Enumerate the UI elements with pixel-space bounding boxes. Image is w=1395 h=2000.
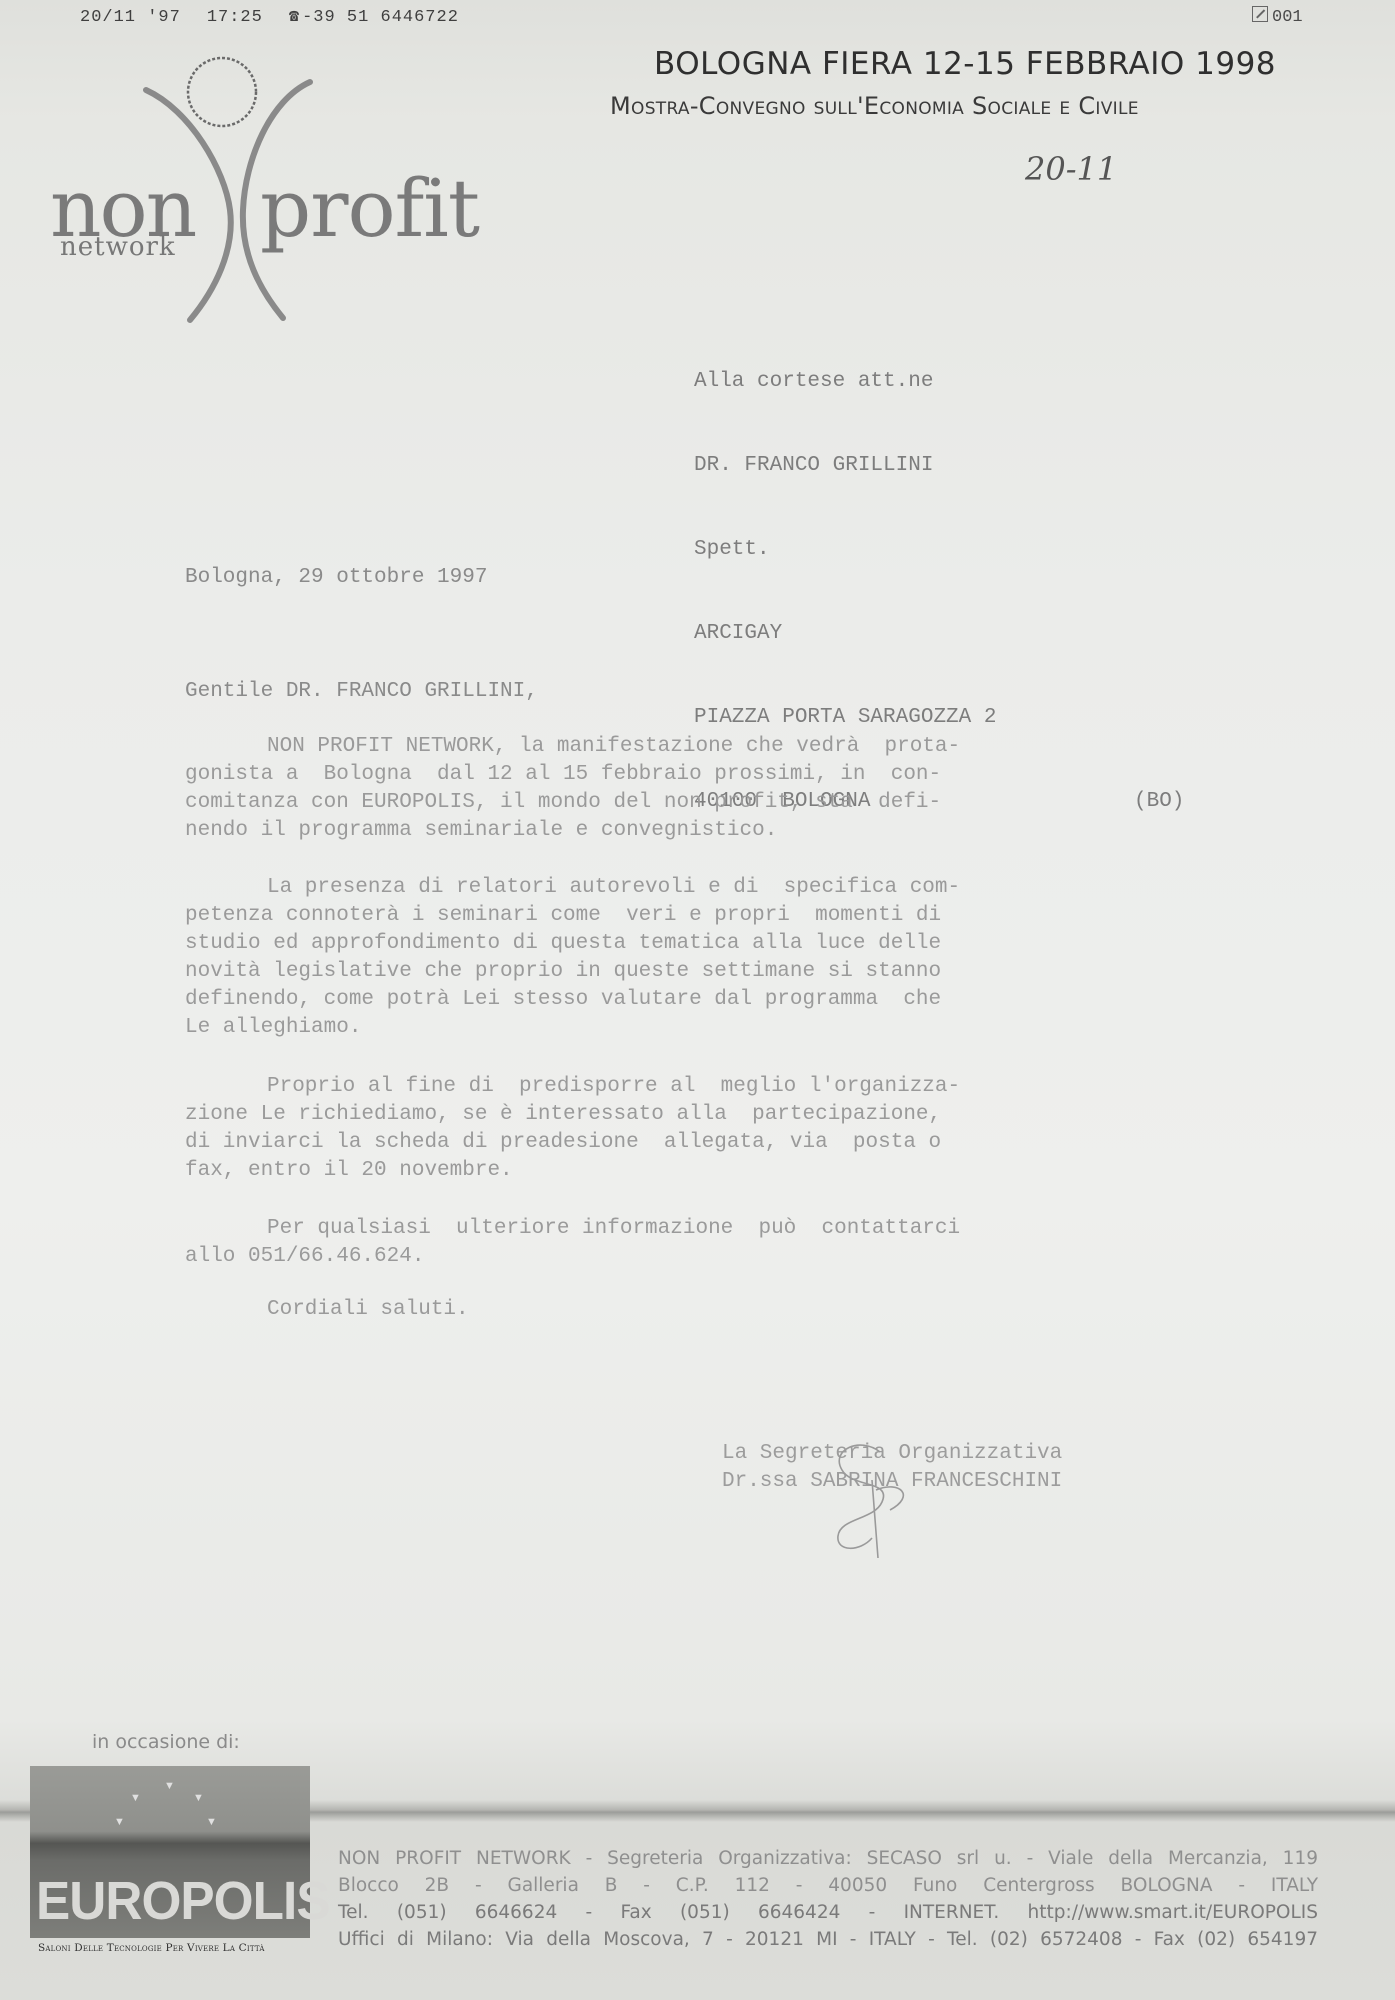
fax-page-icon <box>1252 6 1268 22</box>
body-paragraph: NON PROFIT NETWORK, la manifestazione ch… <box>185 733 1200 845</box>
event-title: BOLOGNA FIERA 12-15 FEBBRAIO 1998 <box>654 46 1276 82</box>
closing: Cordiali saluti. <box>267 1298 469 1321</box>
logo-word-network: network <box>60 232 176 262</box>
footer-line: NON PROFIT NETWORK - Segreteria Organizz… <box>338 1845 1318 1872</box>
europolis-tagline: Saloni Delle Tecnologie Per Vivere La Ci… <box>38 1942 265 1954</box>
footer-line: Blocco 2B - Galleria B - C.P. 112 - 4005… <box>338 1872 1318 1899</box>
fax-time: 17:25 <box>207 8 263 27</box>
telephone-icon: ☎ <box>289 8 300 27</box>
footer-line: Tel. (051) 6646624 - Fax (051) 6646424 -… <box>338 1899 1318 1926</box>
address-line: ARCIGAY <box>694 620 996 648</box>
address-line: PIAZZA PORTA SARAGOZZA 2 <box>694 704 996 732</box>
event-subtitle: Mostra-Convegno sull'Economia Sociale e … <box>610 92 1139 120</box>
footer-line: Uffici di Milano: Via della Moscova, 7 -… <box>338 1926 1318 1953</box>
fax-date: 20/11 '97 <box>80 8 181 27</box>
body-paragraph: Proprio al fine di predisporre al meglio… <box>185 1073 1200 1185</box>
handwritten-signature-icon <box>820 1440 930 1560</box>
address-line: Alla cortese att.ne <box>694 368 996 396</box>
footer-contact-info: NON PROFIT NETWORK - Segreteria Organizz… <box>338 1845 1318 1953</box>
salutation: Gentile DR. FRANCO GRILLINI, <box>185 680 538 703</box>
body-paragraph: Per qualsiasi ulteriore informazione può… <box>185 1215 1200 1271</box>
logo-word-profit: profit <box>260 162 479 255</box>
occasion-label: in occasione di: <box>92 1731 240 1753</box>
body-paragraph: La presenza di relatori autorevoli e di … <box>185 874 1200 1042</box>
non-profit-network-logo: non network profit <box>40 50 480 330</box>
address-line: DR. FRANCO GRILLINI <box>694 452 996 480</box>
europolis-brand: EUROPOLIS <box>36 1870 330 1932</box>
handwritten-note: 20-11 <box>1025 150 1117 188</box>
fax-page-number: 001 <box>1252 6 1303 27</box>
letter-date: Bologna, 29 ottobre 1997 <box>185 566 487 589</box>
star-ring-icon: ▼ ▼ ▼ ▼ ▼ <box>30 1766 310 1826</box>
address-line: Spett. <box>694 536 996 564</box>
fax-phone: ☎-39 51 6446722 <box>289 8 485 27</box>
europolis-logo: ▼ ▼ ▼ ▼ ▼ EUROPOLIS <box>30 1766 310 1938</box>
fax-header: 20/11 '9717:25☎-39 51 6446722 <box>80 6 511 27</box>
